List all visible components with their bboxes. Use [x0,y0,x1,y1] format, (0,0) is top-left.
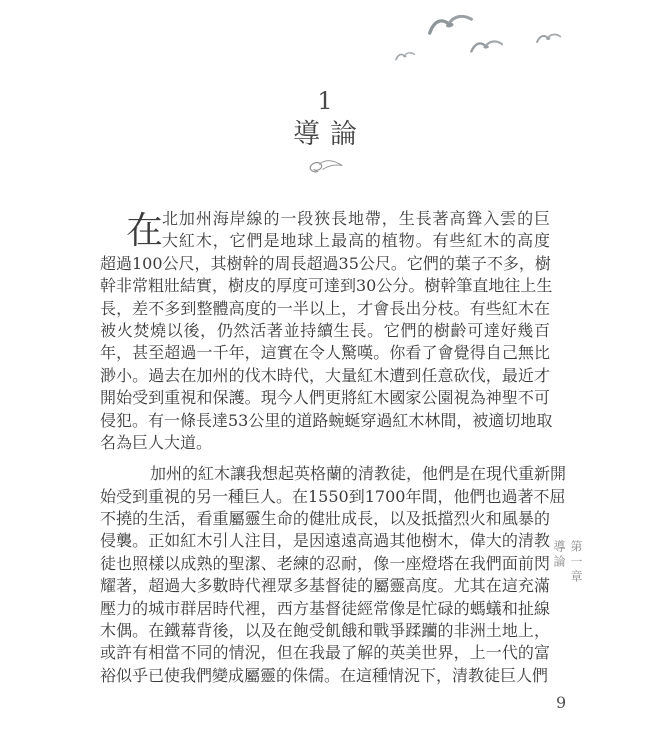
text-line: 加州的紅木讓我想起英格蘭的清教徒，他們是在現代重新開 [100,463,550,485]
flourish-ornament-icon [100,157,550,177]
text-line: 壓力的城市群居時代裡，西方基督徒經常像是忙碌的螞蟻和扯線 [100,598,550,620]
text-line: 大紅木，它們是地球上最高的植物。有些紅木的高度 [162,230,550,252]
paragraph-2: 加州的紅木讓我想起英格蘭的清教徒，他們是在現代重新開始受到重視的另一種巨人。在1… [100,463,550,687]
book-page: 1 導論 在 北加州海岸線的一段狹長地帶，生長著高聳入雲的巨大紅木，它們是地球上… [0,0,650,750]
text-line: 或許有相當不同的情況，但在我最了解的英美世界，上一代的富 [100,642,550,664]
text-line: 木偶。在鐵幕背後，以及在飽受飢餓和戰爭蹂躪的非洲土地上， [100,620,550,642]
page-number: 9 [556,693,566,712]
margin-chapter-number: 第一章 [569,540,583,585]
drop-cap: 在 [126,210,163,251]
margin-chapter-label: 第一章 導論 [551,540,584,585]
seagull-icon-large [425,7,474,39]
text-line: 超過100公尺，其樹幹的周長超過35公尺。它們的葉子不多，樹 [100,253,550,275]
text-line: 開始受到重視和保護。現今人們更將紅木國家公園視為神聖不可 [100,387,550,409]
seagull-icon-medium [469,36,503,56]
seagull-icon-tiny [394,49,415,63]
margin-label-gap [567,540,568,550]
text-line: 渺小。過去在加州的伐木時代，大量紅木遭到任意砍伐，最近才 [100,365,550,387]
body-text: 在 北加州海岸線的一段狹長地帶，生長著高聳入雲的巨大紅木，它們是地球上最高的植物… [100,208,550,687]
text-line: 年，甚至超過一千年，這實在令人驚嘆。你看了會覺得自己無比 [100,342,550,364]
text-line: 長，差不多到整體高度的一半以上，才會長出分枝。有些紅木在 [100,298,550,320]
chapter-title: 導論 [100,120,550,150]
margin-chapter-title: 導論 [552,540,566,570]
text-line: 始受到重視的另一種巨人。在1550到1700年間，他們也過著不屈 [100,486,550,508]
text-line: 北加州海岸線的一段狹長地帶，生長著高聳入雲的巨 [162,208,550,230]
text-line: 幹非常粗壯結實，樹皮的厚度可達到30公分。樹幹筆直地往上生 [100,275,550,297]
text-line: 耀著，超過大多數時代裡眾多基督徒的屬靈高度。尤其在這充滿 [100,575,550,597]
text-line: 侵犯。有一條長達53公里的道路蜿蜒穿過紅木林間，被適切地取 [100,410,550,432]
text-line: 不撓的生活，看重屬靈生命的健壯成長，以及抵擋烈火和風暴的 [100,508,550,530]
chapter-heading: 1 導論 [100,88,550,177]
text-line: 被火焚燒以後，仍然活著並持續生長。它們的樹齡可達好幾百 [100,320,550,342]
text-line: 徒也照樣以成熟的聖潔、老練的忍耐，像一座燈塔在我們面前閃 [100,553,550,575]
text-line: 名為巨人大道。 [100,432,550,454]
chapter-number: 1 [100,88,550,114]
seagull-icon-small [535,30,561,45]
text-line: 裕似乎已使我們變成屬靈的侏儒。在這種情況下，清教徒巨人們 [100,665,550,687]
text-line: 侵襲。正如紅木引人注目，是因遠遠高過其他樹木，偉大的清教 [100,530,550,552]
paragraph-1: 在 北加州海岸線的一段狹長地帶，生長著高聳入雲的巨大紅木，它們是地球上最高的植物… [100,208,550,454]
